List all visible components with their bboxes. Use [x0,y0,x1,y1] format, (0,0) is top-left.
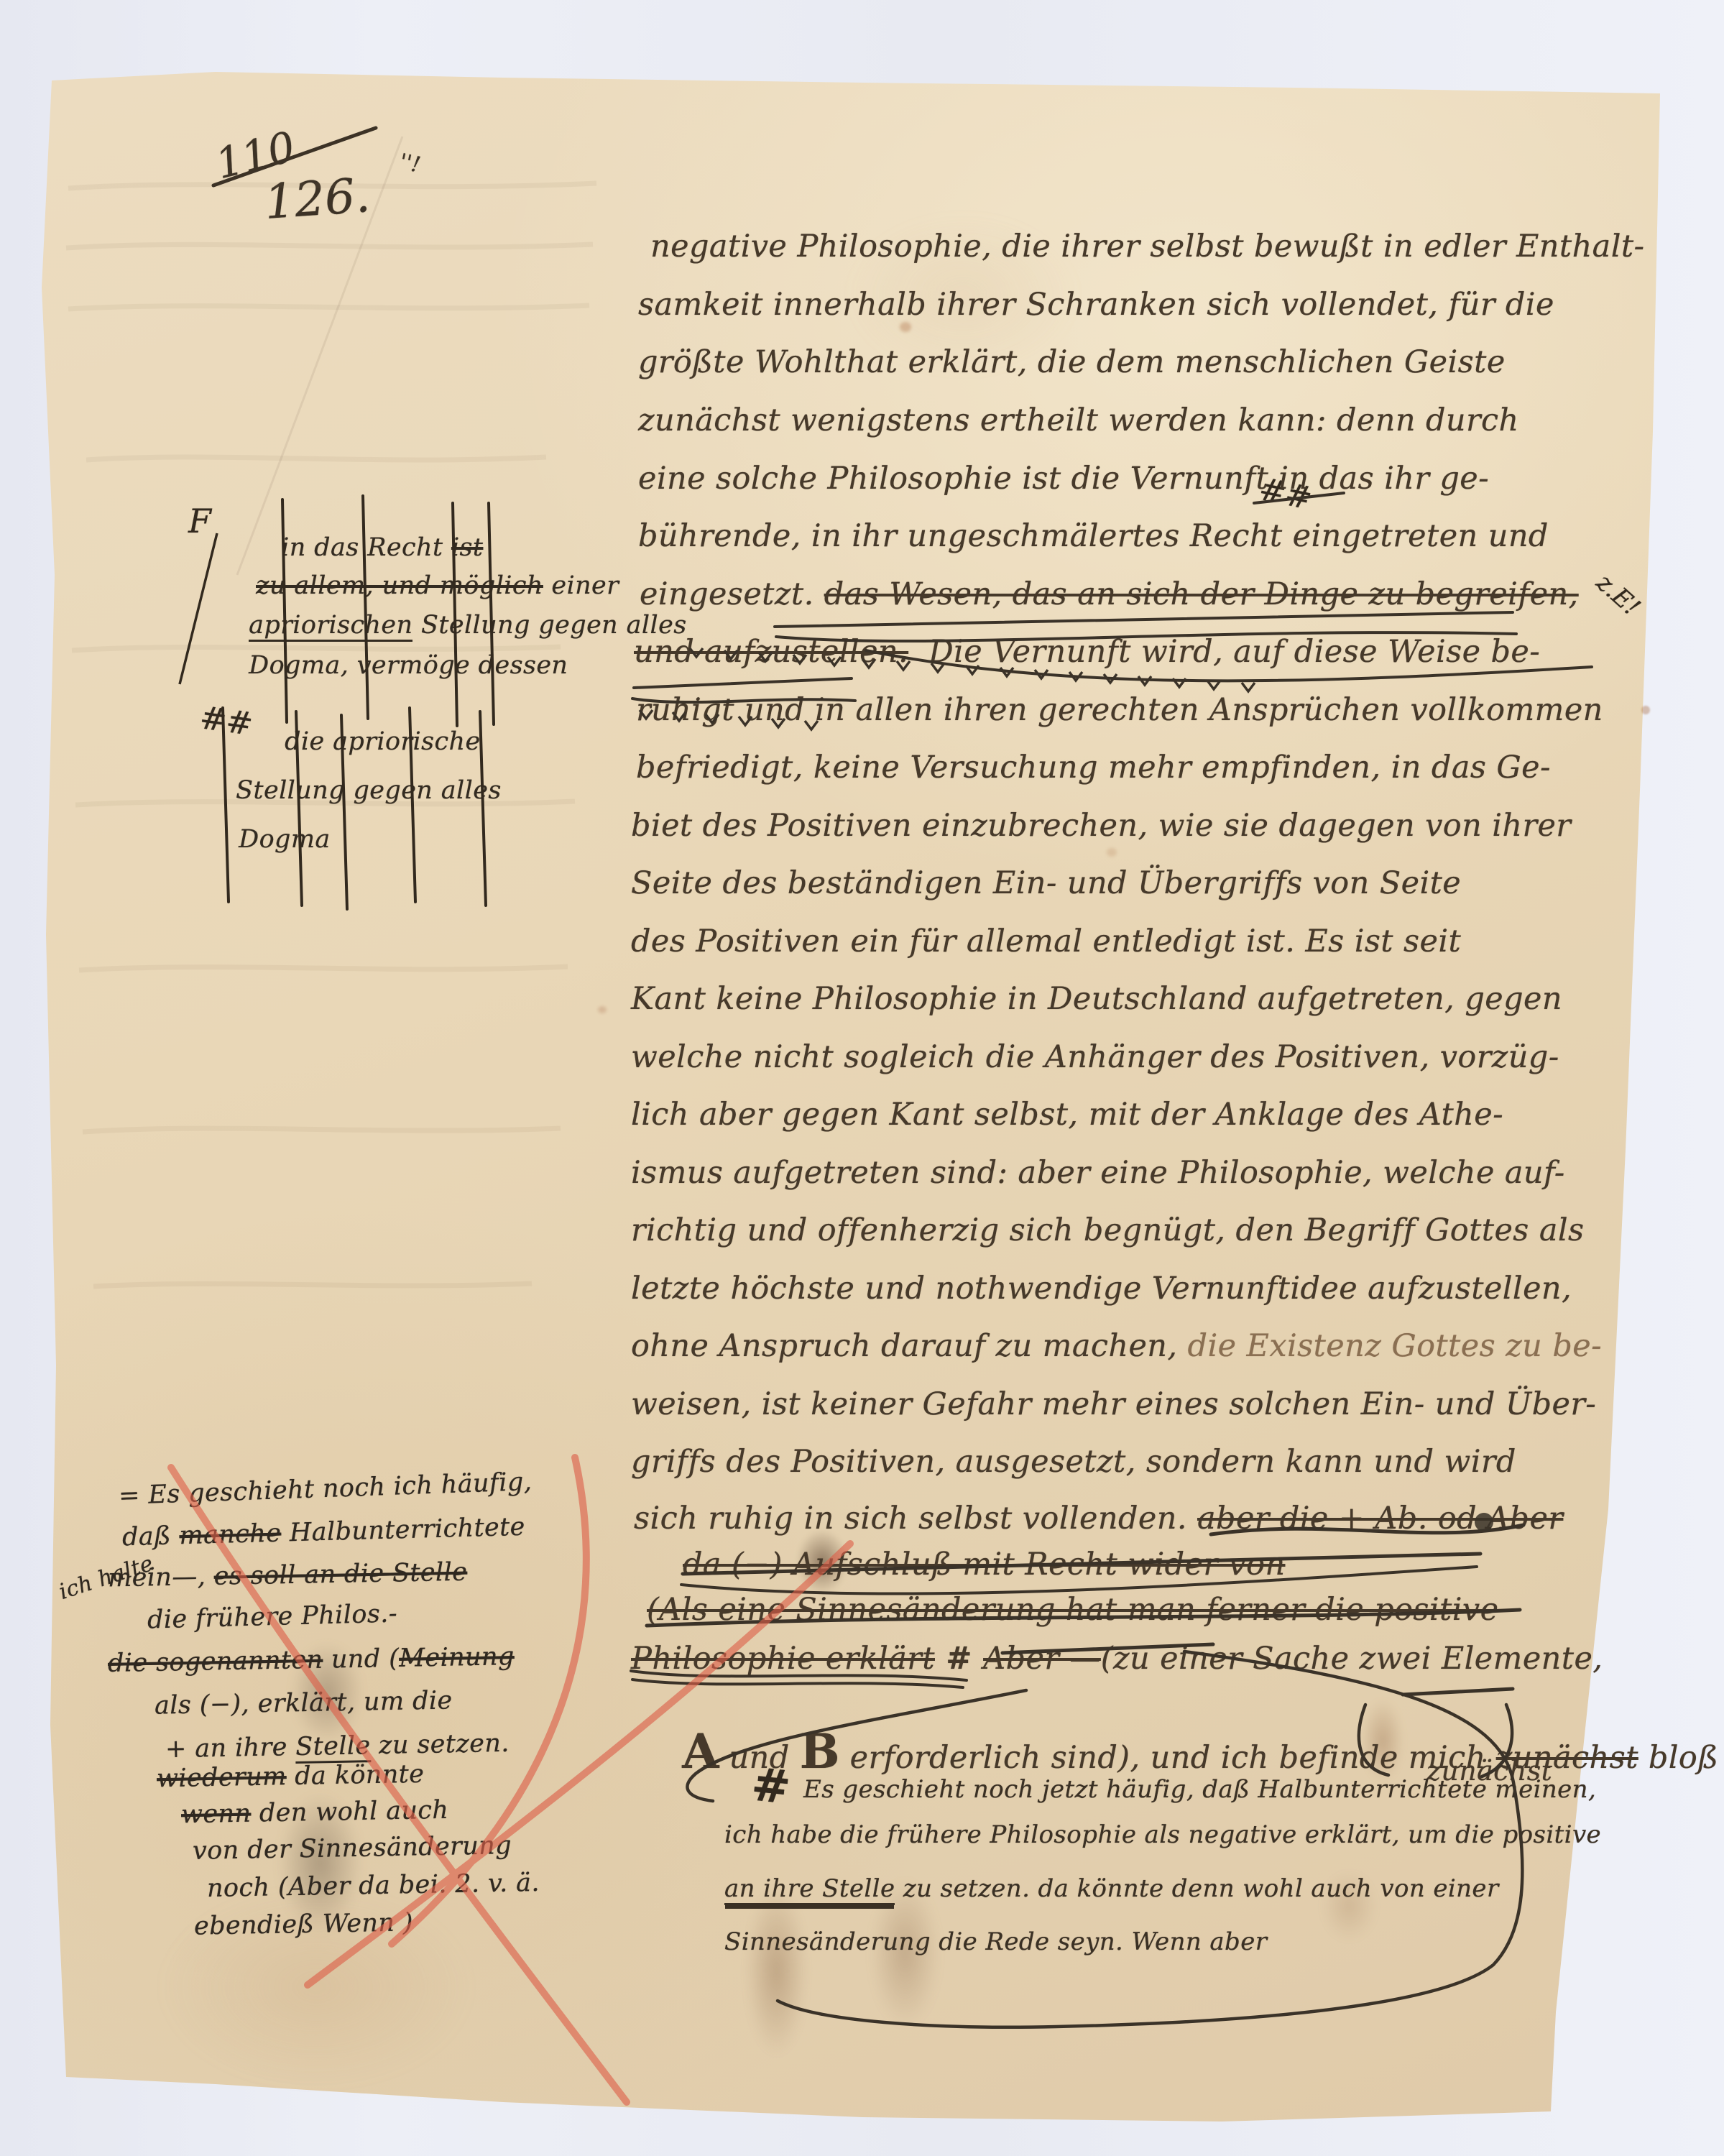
draft-text: von der Sinnesänderung [193,1831,512,1866]
line-text: bührende, in ihr ungeschmälertes Recht e… [638,518,1549,554]
line-text: größte Wohlthat erklärt, die dem menschl… [638,344,1506,380]
draft-text: ebendieß Wenn ) [194,1908,414,1940]
footnote-text: Es geschieht noch jetzt häufig, daß Halb… [803,1775,1596,1804]
manuscript-line: zunächst wenigstens ertheilt werden kann… [638,402,1519,438]
manuscript-line: des Positiven ein für allemal entledigt … [631,923,1461,959]
draft-text: noch (Aber da bei. 2. v. ä. [207,1869,540,1903]
manuscript-line: sich ruhig in sich selbst vollenden. abe… [634,1501,1563,1537]
draft-note-line: ebendieß Wenn ) [194,1908,414,1940]
footnote-text: ich habe die frühere Philosophie als neg… [724,1820,1601,1849]
hash-mark: # [935,1641,983,1677]
underlined-text: Stelle [295,1731,371,1764]
manuscript-line: und aufzustellen. Die Vernunft wird, auf… [634,634,1540,670]
manuscript-line: griffs des Positiven, ausgesetzt, sonder… [631,1444,1516,1480]
underlined-text: an ihre Stelle [724,1874,895,1905]
line-text: sich ruhig in sich selbst vollenden. [634,1501,1197,1537]
manuscript-line: (Als eine Sinnesänderung hat man ferner … [647,1592,1498,1628]
manuscript-line: eine solche Philosophie ist die Vernunft… [638,461,1489,497]
struck-text: das Wesen, das an sich der Dinge zu begr… [824,576,1579,612]
manuscript-line: Seite des beständigen Ein- und Übergriff… [631,865,1461,901]
draft-note-line: wiederum da könnte [157,1760,425,1793]
draft-text: als (−), erklärt, um die [155,1686,453,1720]
line-text: ohne Anspruch darauf zu machen, [631,1328,1188,1364]
manuscript-line: lich aber gegen Kant selbst, mit der Ank… [631,1097,1503,1133]
new-page-number: 126. [262,167,372,230]
margin-insertion-sign: ## [198,699,255,743]
faded-text: die Existenz Gottes zu be- [1188,1328,1603,1364]
line-text: (zu einer Sache zwei Elemente, [1101,1641,1603,1677]
struck-text: es soll an die Stelle [213,1558,467,1591]
manuscript-line: größte Wohlthat erklärt, die dem menschl… [638,344,1506,380]
line-text: bloß [1638,1740,1719,1776]
interline-insertion: zunächst [1391,1723,1552,1818]
draft-text: zu setzen. [370,1729,510,1760]
footnote-text: zu setzen. da könnte denn wohl auch von … [895,1874,1498,1903]
struck-text: Aber — [983,1641,1101,1677]
footnote-line: an ihre Stelle zu setzen. da könnte denn… [724,1874,1499,1903]
margin-note-text: Dogma, vermöge dessen [249,651,568,680]
draft-text: + an ihre [165,1733,296,1764]
manuscript-line: ruhigt und in allen ihren gerechten Ansp… [636,692,1603,728]
manuscript-line: ohne Anspruch darauf zu machen, die Exis… [631,1328,1602,1364]
line-text: lich aber gegen Kant selbst, mit der Ank… [631,1097,1503,1133]
footnote-line: Es geschieht noch jetzt häufig, daß Halb… [803,1775,1596,1804]
line-text: richtig und offenherzig sich begnügt, de… [631,1212,1585,1248]
scanned-manuscript-page: 110 126. ''! F in das Recht ist zu allem… [0,0,1724,2156]
line-text: Seite des beständigen Ein- und Übergriff… [631,865,1461,901]
line-text: weisen, ist keiner Gefahr mehr eines sol… [631,1386,1596,1422]
struck-text: Meinung [399,1642,515,1673]
line-text: Die Vernunft wird, auf diese Weise be- [908,634,1540,670]
struck-text: da (−) Aufschluß mit Recht wider von [683,1547,1285,1583]
line-text: des Positiven ein für allemal entledigt … [631,923,1461,959]
line-text: negative Philosophie, die ihrer selbst b… [650,229,1644,264]
line-text: biet des Positiven einzubrechen, wie sie… [631,808,1571,844]
struck-text: wenn [181,1800,252,1830]
draft-note-line: wenn den wohl auch [181,1796,449,1829]
margin-note-line: Dogma [206,796,331,883]
manuscript-line: befriedigt, keine Versuchung mehr empfin… [636,750,1551,786]
manuscript-line: Kant keine Philosophie in Deutschland au… [631,981,1562,1017]
draft-text: daß [122,1521,180,1552]
big-letter-A: A [682,1723,719,1779]
line-text: griffs des Positiven, ausgesetzt, sonder… [631,1444,1516,1480]
manuscript-line: bührende, in ihr ungeschmälertes Recht e… [638,518,1549,554]
line-text: Kant keine Philosophie in Deutschland au… [631,981,1562,1017]
footnote-line: Sinnesänderung die Rede seyn. Wenn aber [724,1927,1267,1956]
draft-text: da könnte [286,1760,424,1791]
manuscript-line: eingesetzt. das Wesen, das an sich der D… [640,576,1579,612]
manuscript-line: da (−) Aufschluß mit Recht wider von [683,1547,1285,1583]
margin-insertion-sign: F [188,502,211,540]
line-text: ismus aufgetreten sind: aber eine Philos… [631,1155,1565,1191]
footnote-line: ich habe die frühere Philosophie als neg… [724,1820,1601,1849]
line-text: ruhigt und in allen ihren gerechten Ansp… [636,692,1603,728]
line-text: samkeit innerhalb ihrer Schranken sich v… [638,287,1554,323]
draft-text: den wohl auch [251,1796,449,1828]
manuscript-line: samkeit innerhalb ihrer Schranken sich v… [638,287,1554,323]
struck-text: (Als eine Sinnesänderung hat man ferner … [647,1592,1498,1628]
line-text: welche nicht sogleich die Anhänger des P… [631,1039,1559,1075]
line-text: letzte höchste und nothwendige Vernunfti… [631,1271,1572,1307]
line-text: zunächst wenigstens ertheilt werden kann… [638,402,1519,438]
manuscript-line: Philosophie erklärt # Aber —(zu einer Sa… [631,1641,1603,1677]
struck-text: Philosophie erklärt [631,1641,935,1677]
struck-text: und aufzustellen. [634,634,908,670]
line-text: befriedigt, keine Versuchung mehr empfin… [636,750,1551,786]
footnote-text: Sinnesänderung die Rede seyn. Wenn aber [724,1927,1267,1956]
manuscript-line: ismus aufgetreten sind: aber eine Philos… [631,1155,1565,1191]
struck-text: die sogenannten [108,1646,323,1678]
draft-text: und ( [323,1644,399,1674]
manuscript-line: biet des Positiven einzubrechen, wie sie… [631,808,1571,844]
draft-note-line: von der Sinnesänderung [193,1831,512,1866]
manuscript-line: richtig und offenherzig sich begnügt, de… [631,1212,1585,1248]
struck-text: wiederum [157,1762,287,1793]
line-text: eingesetzt. [640,576,824,612]
draft-note-line: als (−), erklärt, um die [155,1686,453,1720]
struck-text: manche [179,1519,282,1551]
manuscript-line: welche nicht sogleich die Anhänger des P… [631,1039,1559,1075]
margin-note-text: Dogma [239,825,331,854]
draft-note-line: + an ihre Stelle zu setzen. [165,1729,510,1764]
manuscript-line: weisen, ist keiner Gefahr mehr eines sol… [631,1386,1596,1422]
footnote-sign: # [749,1757,793,1815]
struck-text: aber die + Ab. od Aber [1197,1501,1563,1537]
margin-note-line: Dogma, vermöge dessen [216,622,568,709]
draft-note-line: noch (Aber da bei. 2. v. ä. [207,1869,540,1903]
big-letter-B: B [800,1723,840,1779]
line-text: eine solche Philosophie ist die Vernunft… [638,461,1489,497]
manuscript-line: negative Philosophie, die ihrer selbst b… [650,229,1644,264]
manuscript-line: letzte höchste und nothwendige Vernunfti… [631,1271,1572,1307]
